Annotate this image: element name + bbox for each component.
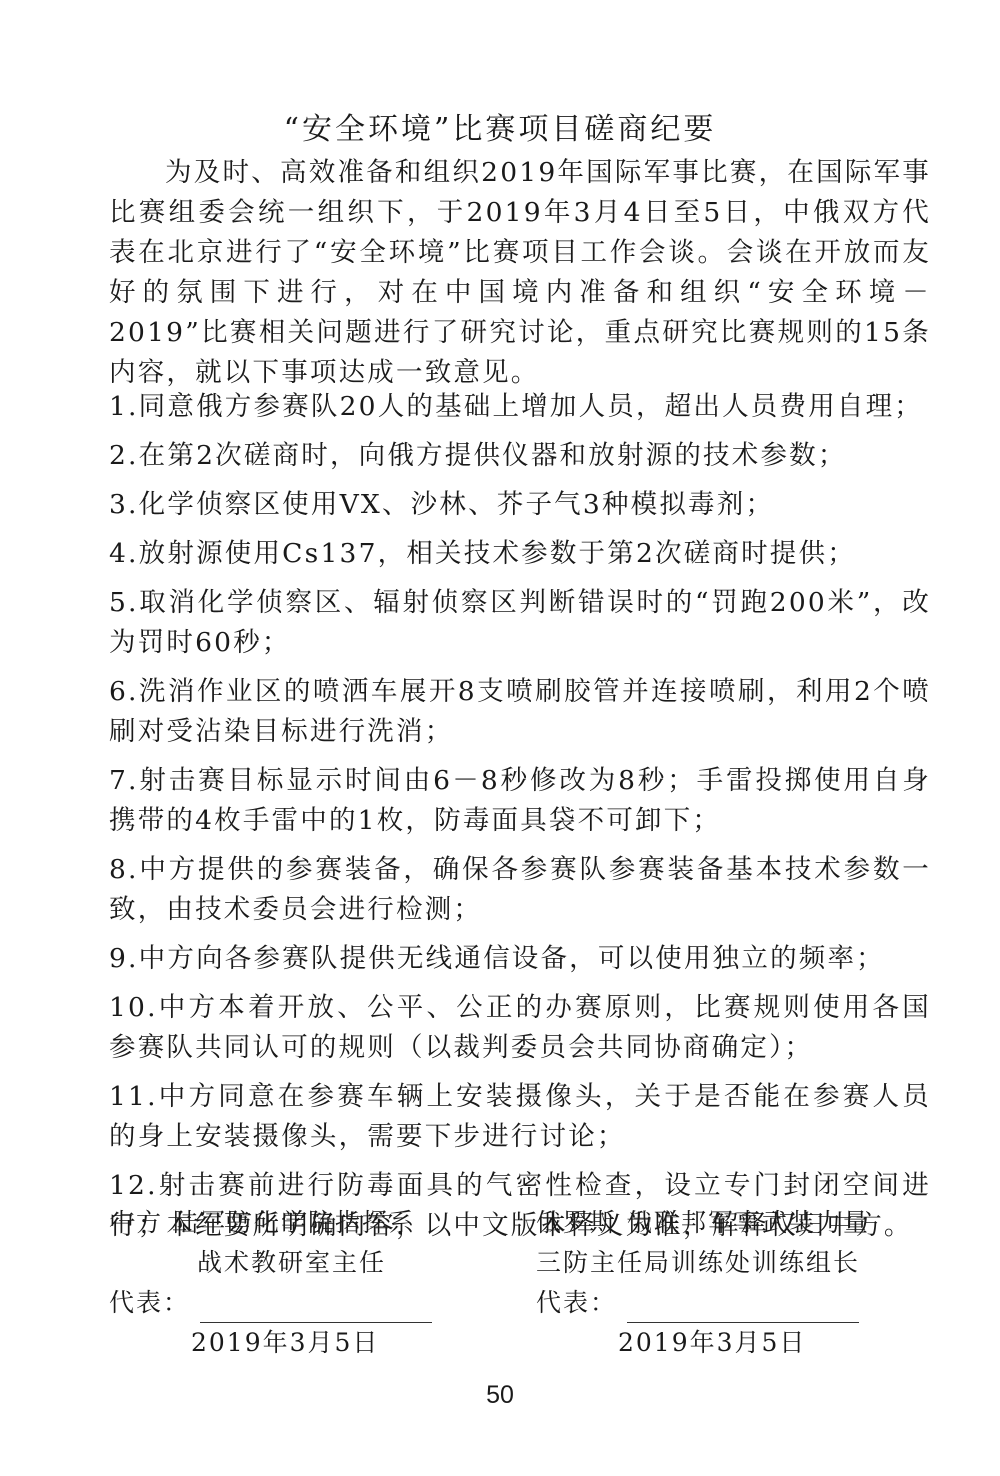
- agreement-item: 9.中方向各参赛队提供无线通信设备，可以使用独立的频率；: [109, 939, 931, 979]
- russia-representative-row: 代表：: [536, 1283, 916, 1323]
- russia-organization: 俄罗斯 俄联邦军事武装力量: [536, 1203, 916, 1243]
- agreement-item: 11.中方同意在参赛车辆上安装摄像头，关于是否能在参赛人员的身上安装摄像头，需要…: [109, 1077, 931, 1157]
- agreement-item: 4.放射源使用Cs137，相关技术参数于第2次磋商时提供；: [109, 534, 931, 574]
- china-sign-date: 2019年3月5日: [109, 1323, 489, 1363]
- agreement-item: 8.中方提供的参赛装备，确保各参赛队参赛装备基本技术参数一致，由技术委员会进行检…: [109, 850, 931, 930]
- china-signature: 中方 陆军防化学院指挥系 战术教研室主任 代表： 2019年3月5日: [109, 1203, 489, 1363]
- agreement-item: 3.化学侦察区使用VX、沙林、芥子气3种模拟毒剂；: [109, 485, 931, 525]
- china-representative-row: 代表：: [109, 1283, 489, 1323]
- russia-signature-line: [627, 1292, 859, 1323]
- agreement-item: 7.射击赛目标显示时间由6－8秒修改为8秒；手雷投掷使用自身携带的4枚手雷中的1…: [109, 761, 931, 841]
- document-title: “安全环境”比赛项目磋商纪要: [0, 108, 1000, 152]
- russia-signature: 俄罗斯 俄联邦军事武装力量 三防主任局训练处训练组长 代表： 2019年3月5日: [536, 1203, 916, 1363]
- russia-rep-label: 代表：: [536, 1283, 617, 1323]
- agreement-items-list: 1.同意俄方参赛队20人的基础上增加人员，超出人员费用自理； 2.在第2次磋商时…: [109, 387, 931, 1255]
- china-signature-line: [200, 1292, 432, 1323]
- agreement-item: 5.取消化学侦察区、辐射侦察区判断错误时的“罚跑200米”，改为罚时60秒；: [109, 583, 931, 663]
- russia-sign-date: 2019年3月5日: [536, 1323, 916, 1363]
- signature-block: 中方 陆军防化学院指挥系 战术教研室主任 代表： 2019年3月5日 俄罗斯 俄…: [109, 1203, 931, 1363]
- page-number: 50: [0, 1378, 1000, 1412]
- agreement-item: 10.中方本着开放、公平、公正的办赛原则，比赛规则使用各国参赛队共同认可的规则（…: [109, 988, 931, 1068]
- china-position: 战术教研室主任: [109, 1243, 489, 1283]
- china-rep-label: 代表：: [109, 1283, 190, 1323]
- agreement-item: 6.洗消作业区的喷洒车展开8支喷刷胶管并连接喷刷，利用2个喷刷对受沾染目标进行洗…: [109, 672, 931, 752]
- russia-position: 三防主任局训练处训练组长: [536, 1243, 916, 1283]
- document-page: “安全环境”比赛项目磋商纪要 为及时、高效准备和组织2019年国际军事比赛，在国…: [0, 0, 1000, 1476]
- intro-paragraph: 为及时、高效准备和组织2019年国际军事比赛，在国际军事比赛组委会统一组织下，于…: [109, 153, 931, 393]
- china-organization: 中方 陆军防化学院指挥系: [109, 1203, 489, 1243]
- agreement-item: 1.同意俄方参赛队20人的基础上增加人员，超出人员费用自理；: [109, 387, 931, 427]
- agreement-item: 2.在第2次磋商时，向俄方提供仪器和放射源的技术参数；: [109, 436, 931, 476]
